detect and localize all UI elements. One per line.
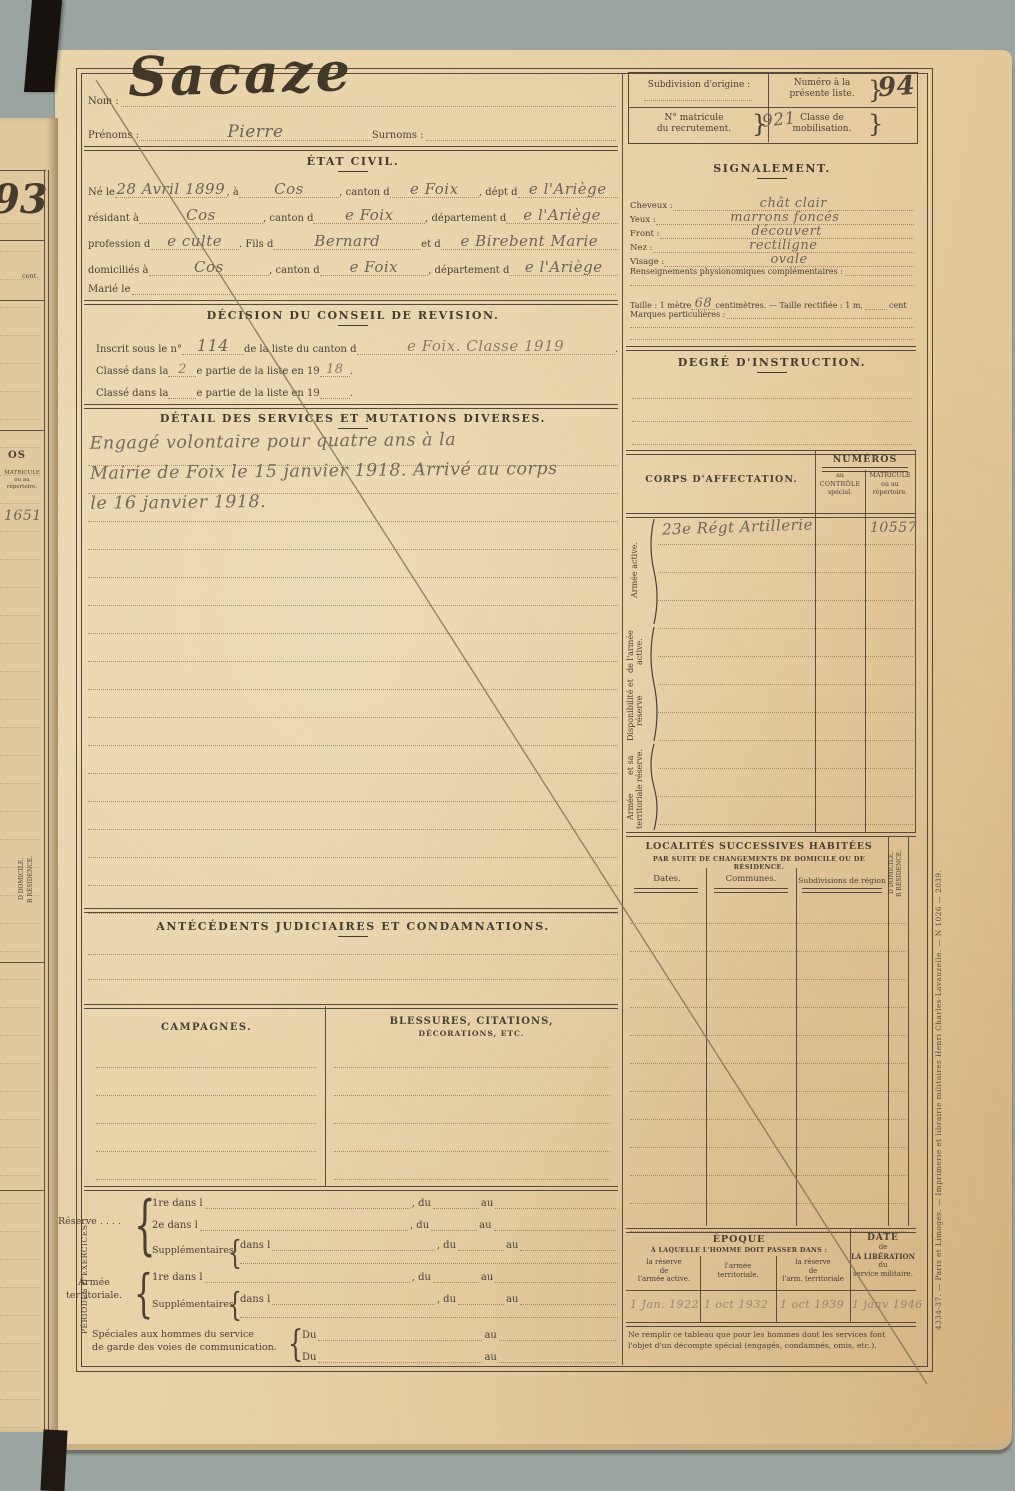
profession-value: e culte xyxy=(167,232,222,250)
prev-page-residence-fragment: R RÉSIDENCE. xyxy=(27,840,34,918)
localites-col-communes: Communes. xyxy=(706,874,796,884)
canton-label-2: , canton d xyxy=(263,213,313,224)
dot-3: . xyxy=(350,388,353,399)
classe1-label-2: e partie de la liste en 19 xyxy=(196,366,319,377)
a-label: , à xyxy=(227,187,239,198)
au-label-3: au xyxy=(506,1240,518,1251)
classe1-year: 18 xyxy=(326,362,344,377)
epoque-val1: 1 Jan. 1922 xyxy=(630,1298,699,1311)
armee-active-band-label: Armée active. xyxy=(630,518,639,622)
prev-page-domicile-fragment: D DOMICILE. xyxy=(18,840,25,918)
instruction-title: DEGRÉ D'INSTRUCTION. xyxy=(628,356,916,373)
nom-label: Nom : xyxy=(88,96,119,107)
visage-value: ovale xyxy=(770,252,807,267)
epoque-col1-header: la réservedel'armée active. xyxy=(628,1258,700,1284)
corps-entry-1-matricule: 10557 xyxy=(870,520,917,536)
birth-date-value: 28 Avril 1899 xyxy=(116,180,225,198)
controle-header: auCONTRÔLEspécial. xyxy=(815,472,865,498)
taille-cent-label: cent xyxy=(889,301,907,310)
blessures-ruled-lines xyxy=(334,1040,610,1180)
corps-ruled-lines xyxy=(658,517,913,825)
au-label-5: au xyxy=(506,1294,518,1305)
classe2-label: Classé dans la xyxy=(96,388,168,399)
taille-value: 68 xyxy=(695,296,713,311)
localites-col-subdivisions: Subdivisions de région xyxy=(796,876,888,885)
corps-title: CORPS D'AFFECTATION. xyxy=(628,474,815,485)
du-label-6: Du xyxy=(302,1330,316,1341)
classe2-label-2: e partie de la liste en 19 xyxy=(196,388,319,399)
supp-dans-l-label: dans l xyxy=(240,1240,270,1251)
du-label-2: , du xyxy=(410,1220,429,1231)
supplementaires-label: Supplémentaires xyxy=(152,1245,234,1256)
cheveux-value: chât clair xyxy=(760,196,827,211)
yeux-value: marrons foncés xyxy=(730,210,839,225)
territoriale-band-label: Armée territorialeet sa réserve. xyxy=(626,748,644,830)
terr-1re-label: 1re dans l xyxy=(152,1272,203,1283)
visage-label: Visage : xyxy=(630,257,664,267)
ne-le-label: Né le xyxy=(88,187,115,198)
repertoire-header: MATRICULEou aurépertoire. xyxy=(865,472,915,498)
du-label-4: , du xyxy=(412,1272,431,1283)
reserve-1re-label: 1re dans l xyxy=(152,1198,203,1209)
profession-label: profession d xyxy=(88,239,150,250)
prenoms-label: Prénoms : xyxy=(88,130,139,141)
domicile-dept-value: e l'Ariège xyxy=(525,258,603,276)
nez-value: rectiligne xyxy=(749,238,817,253)
prev-page-ruled-lines xyxy=(0,196,40,1428)
mother-value: e Birebent Marie xyxy=(461,232,599,250)
prev-page-matricule-fragment: MATRICULE ou au répertoire. xyxy=(1,470,43,491)
taille-label: Taille : 1 mètre xyxy=(630,301,691,310)
numero-liste-value: 94 xyxy=(877,71,916,104)
inscrit-canton-classe: e Foix. Classe 1919 xyxy=(407,337,564,355)
dot: . xyxy=(615,344,618,355)
renseignements-label: Renseignements physionomiques complément… xyxy=(630,267,843,276)
blessures-title: BLESSURES, CITATIONS, DÉCORATIONS, ETC. xyxy=(325,1016,618,1038)
antecedents-ruled-lines xyxy=(88,930,618,1005)
signalement-title: SIGNALEMENT. xyxy=(628,162,916,179)
prev-page-handwritten-number: 1651 xyxy=(4,508,42,524)
subdivision-label: Subdivision d'origine : xyxy=(630,80,768,90)
departement-label: , département d xyxy=(425,213,506,224)
classe1-label: Classé dans la xyxy=(96,366,168,377)
du-label-7: Du xyxy=(302,1352,316,1363)
services-entry-line2: Mairie de Foix le 15 janvier 1918. Arriv… xyxy=(90,453,625,489)
classe-brace: } xyxy=(868,112,883,136)
fils-label: . Fils d xyxy=(239,239,273,250)
front-value: découvert xyxy=(752,224,822,239)
birth-canton-value: e Foix xyxy=(410,180,459,198)
disponibilite-band-label: Disponibilité et réservede l'armée activ… xyxy=(626,626,644,744)
speciales-label: Spéciales aux hommes du servicede garde … xyxy=(92,1328,277,1354)
au-label-6: au xyxy=(484,1330,496,1341)
dot-2: . xyxy=(350,366,353,377)
domicile-value: Cos xyxy=(194,258,224,276)
supplementaires-label-2: Supplémentaires xyxy=(152,1299,234,1310)
prev-page-cent-fragment: cent. xyxy=(22,272,38,280)
numero-liste-label: Numéro à laprésente liste. xyxy=(774,78,870,100)
numeros-title: NUMÉROS xyxy=(815,454,915,465)
classe1-number: 2 xyxy=(178,362,187,377)
residence-dept-value: e l'Ariège xyxy=(523,206,601,224)
epoque-note: Ne remplir ce tableau que pour les homme… xyxy=(628,1330,918,1351)
et-d-label: et d xyxy=(421,239,441,250)
surnoms-label: Surnoms : xyxy=(372,130,424,141)
printer-imprint: 4334-37. — Paris et Limoges. — Imprimeri… xyxy=(934,682,943,1330)
father-value: Bernard xyxy=(314,232,380,250)
residence-canton-value: e Foix xyxy=(345,206,394,224)
inscrit-number: 114 xyxy=(197,336,229,355)
localites-subtitle: PAR SUITE DE CHANGEMENTS DE DOMICILE OU … xyxy=(628,855,890,871)
revision-title: DÉCISION DU CONSEIL DE REVISION. xyxy=(88,309,618,326)
instruction-ruled-lines xyxy=(632,376,912,445)
matricule-recrutement-label: N° matriculedu recrutement. xyxy=(630,113,758,135)
inscrit-label: Inscrit sous le n° xyxy=(96,344,182,355)
armee-territoriale-label: Arméeterritoriale. xyxy=(58,1276,130,1302)
bookmark-ribbon-bottom xyxy=(40,1429,67,1491)
domicilies-label: domiciliés à xyxy=(88,265,149,276)
epoque-title: ÉPOQUE xyxy=(628,1234,850,1245)
inscrit-label-2: de la liste du canton d xyxy=(244,344,357,355)
services-entry-line3: le 16 janvier 1918. xyxy=(90,483,625,519)
du-label-3: , du xyxy=(437,1240,456,1251)
services-entry: Engagé volontaire pour quatre ans à la M… xyxy=(90,423,626,519)
campagnes-ruled-lines xyxy=(96,1040,316,1180)
du-label-5: , du xyxy=(437,1294,456,1305)
prev-page-numeros-fragment: OS xyxy=(8,450,26,461)
etat-civil-title: ÉTAT CIVIL. xyxy=(88,155,618,172)
du-label: , du xyxy=(412,1198,431,1209)
residence-value: Cos xyxy=(186,206,216,224)
dept-label: , dépt d xyxy=(479,187,518,198)
localites-col-dates: Dates. xyxy=(628,874,706,884)
au-label: au xyxy=(481,1198,493,1209)
prenoms-value: Pierre xyxy=(227,122,283,142)
territoriale-brace: { xyxy=(134,1270,153,1321)
marie-le-label: Marié le xyxy=(88,284,130,295)
residant-label: résidant à xyxy=(88,213,139,224)
domicile-canton-value: e Foix xyxy=(350,258,399,276)
epoque-val3: 1 oct 1939 xyxy=(780,1298,844,1311)
scanned-register-page: 93 cent. OS MATRICULE ou au répertoire. … xyxy=(0,0,1015,1491)
campagnes-title: CAMPAGNES. xyxy=(88,1022,325,1033)
column-divider xyxy=(622,73,623,1365)
canton-label-3: , canton d xyxy=(269,265,319,276)
classe-mobilisation-label: Classe demobilisation. xyxy=(774,113,870,135)
band-braces xyxy=(646,517,660,832)
supp2-dans-l-label: dans l xyxy=(240,1294,270,1305)
birth-dept-value: e l'Ariège xyxy=(529,180,607,198)
localites-ruled-lines xyxy=(630,896,906,1232)
reserve-label: Réserve . . . . xyxy=(58,1216,121,1227)
epoque-col2-header: l'arméeterritoriale. xyxy=(700,1262,776,1279)
localites-title: LOCALITÉS SUCCESSIVES HABITÉES xyxy=(628,841,890,852)
au-label-4: au xyxy=(481,1272,493,1283)
taille-label-2: centimètres. — Taille rectifiée : 1 m, xyxy=(715,301,863,310)
speciales-brace: { xyxy=(288,1326,303,1362)
canton-label: , canton d xyxy=(339,187,389,198)
epoque-subtitle: À LAQUELLE L'HOMME DOIT PASSER DANS : xyxy=(628,1246,850,1254)
birth-place-value: Cos xyxy=(274,180,304,198)
epoque-date-header: DATE de LA LIBÉRATION du service militai… xyxy=(850,1234,916,1279)
au-label-7: au xyxy=(484,1352,496,1363)
epoque-val2: 1 oct 1932 xyxy=(704,1298,768,1311)
marques-label: Marques particulières : xyxy=(630,310,725,319)
epoque-val4: 1 janv 1946 xyxy=(852,1298,923,1311)
epoque-col3-header: la réservedel'arm. territoriale xyxy=(776,1258,850,1284)
au-label-2: au xyxy=(479,1220,491,1231)
previous-page-edge: 93 cent. OS MATRICULE ou au répertoire. … xyxy=(0,118,58,1432)
departement-label-2: , département d xyxy=(428,265,509,276)
reserve-2e-label: 2e dans l xyxy=(152,1220,198,1231)
